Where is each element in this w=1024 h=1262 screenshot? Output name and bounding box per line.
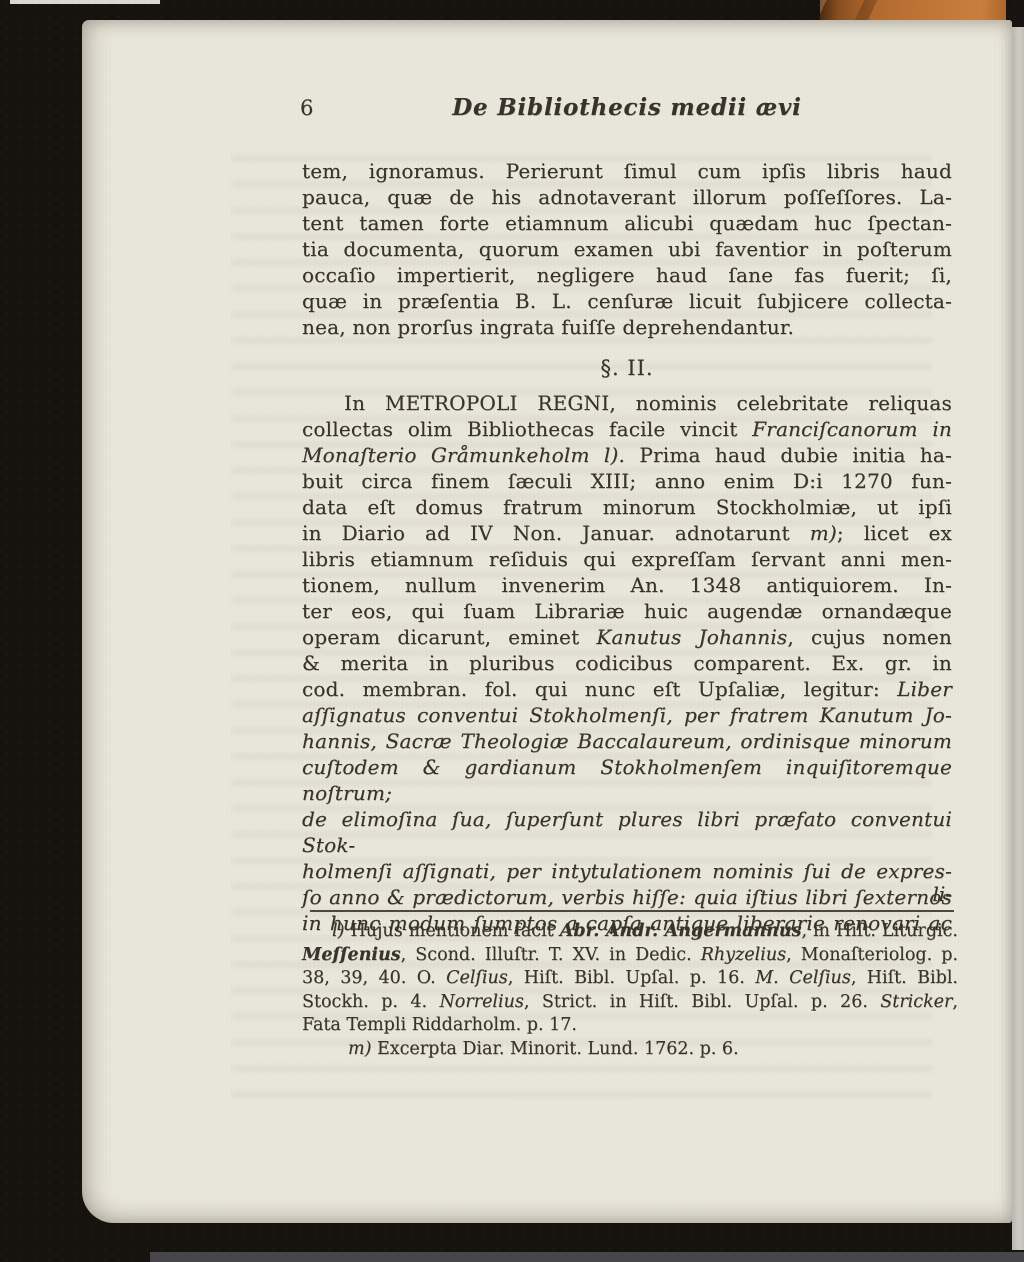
text-line: cod. membran. fol. qui nunc eſt Upſaliæ,…: [302, 676, 952, 702]
text-line: Monaſterio Gråmunkeholm l). Prima haud d…: [302, 442, 952, 468]
text-segment: libris etiamnum reſiduis qui expreſſam ſ…: [302, 547, 952, 571]
text-line: Fata Templi Riddarholm. p. 17.: [302, 1014, 958, 1038]
text-segment: Excerpta Diar. Minorit. Lund. 1762. p. 6…: [371, 1039, 738, 1059]
text-segment: collectas olim Bibliothecas facile vinci…: [302, 417, 752, 441]
text-segment: ter eos, qui ſuam Librariæ huic augendæ …: [302, 599, 952, 623]
text-segment: m): [348, 1039, 371, 1059]
text-segment: nea, non prorſus ingrata fuiſſe deprehen…: [302, 315, 794, 339]
text-segment: tia documenta, quorum examen ubi faventi…: [302, 237, 952, 261]
text-line: collectas olim Bibliothecas facile vinci…: [302, 416, 952, 442]
paragraph-1: tem, ignoramus. Perierunt ſimul cum ipſi…: [302, 158, 952, 340]
text-line: m) Excerpta Diar. Minorit. Lund. 1762. p…: [302, 1038, 958, 1062]
text-segment: occaſio impertierit, negligere haud ſane…: [302, 263, 952, 287]
paragraph-2: In METROPOLI REGNI, nominis celebritate …: [302, 390, 952, 936]
text-segment: Celſius: [446, 968, 508, 988]
text-line: libris etiamnum reſiduis qui expreſſam ſ…: [302, 546, 952, 572]
text-segment: Fata Templi Riddarholm. p. 17.: [302, 1015, 577, 1035]
text-segment: data eſt domus fratrum minorum Stockholm…: [302, 495, 952, 519]
scanner-light-sliver: [10, 0, 160, 4]
text-line: l) Hujus mentionem facit Abr. Andr. Ange…: [302, 920, 958, 944]
text-segment: operam dicarunt, eminet: [302, 625, 596, 649]
book-scan: 6 De Bibliothecis medii ævi tem, ignoram…: [0, 0, 1024, 1262]
text-line: aſſignatus conventui Stokholmenſi, per f…: [302, 702, 952, 728]
text-segment: 38, 39, 40. O.: [302, 968, 446, 988]
text-segment: pauca, quæ de his adnotaverant illorum p…: [302, 185, 952, 209]
text-segment: , Scond. Illuſtr. T. XV. in Dedic.: [401, 945, 701, 965]
paper-page: 6 De Bibliothecis medii ævi tem, ignoram…: [82, 20, 1012, 1223]
footnote-rule: [310, 910, 954, 912]
text-segment: M. Celſius: [755, 968, 851, 988]
text-segment: & merita in pluribus codicibus comparent…: [302, 651, 952, 675]
text-segment: tent tamen forte etiamnum alicubi quædam…: [302, 211, 952, 235]
text-segment: de elimoſina ſua, ſuperſunt plures libri…: [302, 807, 952, 857]
page-edge-strip: [1012, 27, 1024, 1250]
text-line: holmenſi aſſignati, per intytulationem n…: [302, 858, 952, 884]
text-line: operam dicarunt, eminet Kanutus Johannis…: [302, 624, 952, 650]
text-segment: tem, ignoramus. Perierunt ſimul cum ipſi…: [302, 159, 952, 183]
text-line: tia documenta, quorum examen ubi faventi…: [302, 236, 952, 262]
catchword: li-: [302, 882, 980, 906]
text-line: data eſt domus fratrum minorum Stockholm…: [302, 494, 952, 520]
text-segment: , Hiſt. Bibl.: [851, 968, 958, 988]
text-line: de elimoſina ſua, ſuperſunt plures libri…: [302, 806, 952, 858]
footnotes: l) Hujus mentionem facit Abr. Andr. Ange…: [302, 920, 958, 1062]
text-segment: Abr. Andr. Angermannus: [560, 921, 802, 941]
text-segment: Liber: [897, 677, 952, 701]
text-segment: hannis, Sacræ Theologiæ Baccalaureum, or…: [302, 729, 952, 753]
text-line: Stockh. p. 4. Norrelius, Strict. in Hiſt…: [302, 991, 958, 1015]
text-segment: Stockh. p. 4.: [302, 992, 439, 1012]
text-segment: In METROPOLI REGNI, nominis celebritate …: [344, 391, 952, 415]
text-line: ter eos, qui ſuam Librariæ huic augendæ …: [302, 598, 952, 624]
page-number: 6: [300, 96, 313, 120]
text-segment: cod. membran. fol. qui nunc eſt Upſaliæ,…: [302, 677, 897, 701]
text-line: Meſſenius, Scond. Illuſtr. T. XV. in Ded…: [302, 944, 958, 968]
text-segment: l): [332, 921, 344, 941]
text-line: tionem, nullum invenerim An. 1348 antiqu…: [302, 572, 952, 598]
text-line: in Diario ad IV Non. Januar. adnotarunt …: [302, 520, 952, 546]
text-segment: , Strict. in Hiſt. Bibl. Upſal. p. 26.: [524, 992, 880, 1012]
section-heading: §. II.: [302, 356, 952, 380]
text-segment: ,: [952, 992, 958, 1012]
text-line: tem, ignoramus. Perierunt ſimul cum ipſi…: [302, 158, 952, 184]
text-line: nea, non prorſus ingrata fuiſſe deprehen…: [302, 314, 952, 340]
text-segment: , Monaſteriolog. p.: [786, 945, 958, 965]
text-segment: holmenſi aſſignati, per intytulationem n…: [302, 859, 952, 883]
text-segment: Monaſterio Gråmunkeholm l).: [302, 443, 625, 467]
text-segment: ; licet ex: [837, 521, 952, 545]
running-title: De Bibliothecis medii ævi: [302, 94, 952, 121]
text-line: cuſtodem & gardianum Stokholmenſem inqui…: [302, 754, 952, 806]
text-line: quæ in præſentia B. L. cenſuræ licuit ſu…: [302, 288, 952, 314]
text-segment: buit circa finem ſæculi XIII; anno enim …: [302, 469, 952, 493]
text-segment: aſſignatus conventui Stokholmenſi, per f…: [302, 703, 952, 727]
text-segment: Norrelius: [439, 992, 523, 1012]
text-line: hannis, Sacræ Theologiæ Baccalaureum, or…: [302, 728, 952, 754]
text-line: pauca, quæ de his adnotaverant illorum p…: [302, 184, 952, 210]
text-segment: Meſſenius: [302, 945, 401, 965]
text-segment: in Diario ad IV Non. Januar. adnotarunt: [302, 521, 810, 545]
text-line: buit circa finem ſæculi XIII; anno enim …: [302, 468, 952, 494]
text-line: tent tamen forte etiamnum alicubi quædam…: [302, 210, 952, 236]
text-segment: Rhyzelius: [701, 945, 786, 965]
text-segment: quæ in præſentia B. L. cenſuræ licuit ſu…: [302, 289, 952, 313]
text-line: occaſio impertierit, negligere haud ſane…: [302, 262, 952, 288]
text-segment: Kanutus Johannis: [596, 625, 787, 649]
text-segment: Stricker: [880, 992, 952, 1012]
text-segment: m): [810, 521, 837, 545]
page-header: 6 De Bibliothecis medii ævi: [302, 94, 952, 126]
scan-bottom-bar: [150, 1252, 1024, 1262]
text-segment: , cujus nomen: [787, 625, 952, 649]
text-segment: cuſtodem & gardianum Stokholmenſem inqui…: [302, 755, 952, 805]
text-segment: , in Hiſt. Liturgic.: [801, 921, 958, 941]
text-segment: Franciſcanorum in: [752, 417, 952, 441]
text-segment: tionem, nullum invenerim An. 1348 antiqu…: [302, 573, 952, 597]
text-segment: Hujus mentionem facit: [344, 921, 559, 941]
text-line: & merita in pluribus codicibus comparent…: [302, 650, 952, 676]
text-line: In METROPOLI REGNI, nominis celebritate …: [302, 390, 952, 416]
text-segment: , Hiſt. Bibl. Upſal. p. 16.: [508, 968, 755, 988]
text-segment: Prima haud dubie initia ha-: [625, 443, 952, 467]
text-line: 38, 39, 40. O. Celſius, Hiſt. Bibl. Upſa…: [302, 967, 958, 991]
